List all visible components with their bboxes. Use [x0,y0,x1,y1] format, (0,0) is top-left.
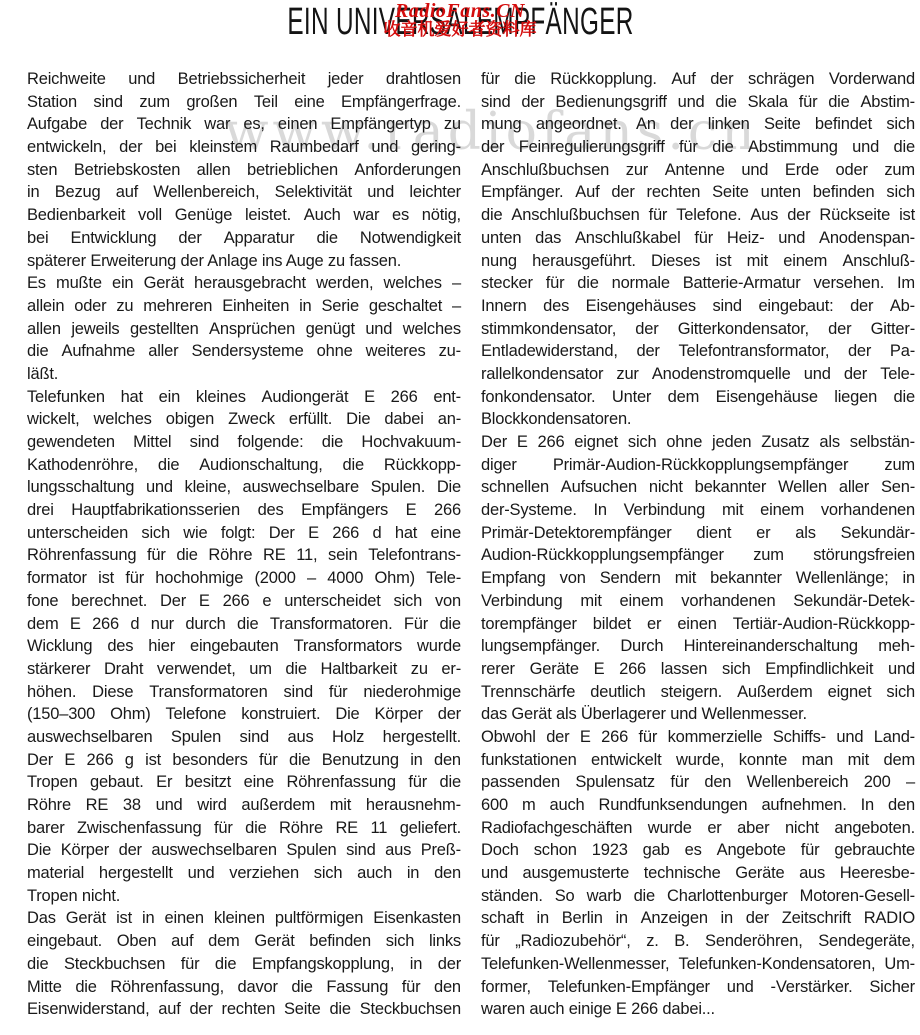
text-line: WicklungdeshiereingebautenTransformators… [27,637,461,660]
text-line: demE266dnurdurchdieTransformatoren.Fürdi… [27,615,461,638]
text-line: schaftinBerlininAnzeigeninderZeitschrift… [481,909,915,932]
text-line: Empfänger.AufderrechtenSeiteuntenbefinde… [481,183,915,206]
text-line: formatoristfürhochohmige(2000–4000Ohm)Te… [27,569,461,592]
text-line: für„Radiozubehör“,z.B.Senderöhren,Sendeg… [481,932,915,955]
text-line: RöhrenfassungfürdieRöhreRE11,seinTelefon… [27,546,461,569]
text-line: rererGeräteE266lassensichEmpfindlichkeit… [481,660,915,683]
text-line: das Gerät als Überlagerer und Wellenmess… [481,705,915,728]
text-line: stärkererDrahtverwendet,umdieHaltbarkeit… [27,660,461,683]
text-line: TelefunkenhateinkleinesAudiongerätE266en… [27,388,461,411]
text-line: VerbindungmiteinemvorhandenenSekundär-De… [481,592,915,615]
text-line: lungsempfänger.DurchHintereinanderschalt… [481,637,915,660]
text-line: läßt. [27,365,461,388]
text-line: DasGerätistineinenkleinenpultförmigenEis… [27,909,461,932]
text-line: untendasAnschlußkabelfürHeiz-undAnodensp… [481,229,915,252]
text-line: Entladewiderstand,derTelefontransformato… [481,342,915,365]
text-line: materialhergestelltundverziehensichauchi… [27,864,461,887]
text-line: barerZwischenfassungfürdieRöhreRE11gelie… [27,819,461,842]
text-line: waren auch einige E 266 dabei... [481,1000,915,1023]
text-line: Trennschärfedeutlichsteigern.Außerdemeig… [481,683,915,706]
text-line: fonkondensator.UnterdemEisengehäuseliege… [481,388,915,411]
text-line: DerE266eignetsichohnejedenZusatzalsselbs… [481,433,915,456]
text-line: Tropen nicht. [27,887,461,910]
text-line: MittedieRöhrenfassung,davordieFassungfür… [27,978,461,1001]
text-line: former,Telefunken-Empfängerund-Verstärke… [481,978,915,1001]
text-line: DerE266gistbesondersfürdieBenutzunginden [27,751,461,774]
text-line: der-Systeme.InVerbindungmiteinemvorhande… [481,501,915,524]
text-line: wickelt,welchesobigenZweckerfüllt.Diedab… [27,410,461,433]
text-line: derFeinregulierungsgrifffürdieAbstimmung… [481,138,915,161]
column-left: ReichweiteundBetriebssicherheitjederdrah… [27,70,461,1023]
text-line: dieSteckbuchsenfürdieEmpfangskopplung,in… [27,955,461,978]
text-line: BedienbarkeitvollGenügeleistet.Auchwares… [27,206,461,229]
page-title: EIN UNIVERSALEMPFÄNGER [287,3,633,41]
text-line: stenBetriebskostenallenbetrieblichenAnfo… [27,161,461,184]
text-line: sindderBedienungsgriffunddieSkalafürdieA… [481,93,915,116]
text-line: rallelkondensatorzurAnodenstromquelleund… [481,365,915,388]
text-line: entwickeln,derbeikleinstemRaumbedarfundg… [27,138,461,161]
text-line: funkstationenentwickeltwurde,konntemanmi… [481,751,915,774]
text-line: InnerndesEisengehäusessindeingebaut:derA… [481,297,915,320]
text-line: Primär-DetektorempfängerdienteralsSekund… [481,524,915,547]
title-row: EIN UNIVERSALEMPFÄNGER [0,3,920,41]
text-line: beiEntwicklungderApparaturdieNotwendigke… [27,229,461,252]
text-line: ReichweiteundBetriebssicherheitjederdrah… [27,70,461,93]
text-line: unterscheidensichwiefolgt:DerE266dhatein… [27,524,461,547]
text-line: ständen.SowarbdieCharlottenburgerMotoren… [481,887,915,910]
text-line: nungherausgeführt.DiesesistmiteinemAnsch… [481,252,915,275]
text-line: Audion-Rückkopplungsempfängerzumstörungs… [481,546,915,569]
text-line: digerPrimär-Audion-Rückkopplungsempfänge… [481,456,915,479]
text-line: EsmußteeinGerätherausgebrachtwerden,welc… [27,274,461,297]
text-line: gewendetenMittelsindfolgende:dieHochvaku… [27,433,461,456]
text-line: dieAufnahmeallerSendersystemeohneweitere… [27,342,461,365]
text-line: AnschlußbuchsenzurAntenneundErdeoderzum [481,161,915,184]
text-line: auswechselbarenSpulensindausHolzhergeste… [27,728,461,751]
text-line: Kathodenröhre,dieAudionschaltung,dieRück… [27,456,461,479]
text-line: schnellenAufsuchennichtbekannterWellenal… [481,478,915,501]
document-page: www.radiofans.cn EIN UNIVERSALEMPFÄNGER … [0,0,920,1035]
column-right: fürdieRückkopplung.AufderschrägenVorderw… [481,70,915,1023]
text-line: mungangeordnet.AnderlinkenSeitebefindets… [481,115,915,138]
text-line: RöhreRE38undwirdaußerdemmitherausnehm- [27,796,461,819]
text-line: undausgemustertetechnischeGeräteausHeere… [481,864,915,887]
text-line: StationsindzumgroßenTeileineEmpfängerfra… [27,93,461,116]
text-line: torempfängerbildetereinenTertiär-Audion-… [481,615,915,638]
text-line: Blockkondensatoren. [481,410,915,433]
text-line: allenjeweilsgestelltenAnsprüchengenügtun… [27,320,461,343]
text-line: Eisenwiderstand,aufderrechtenSeitedieSte… [27,1000,461,1023]
text-line: Radiofachgeschäftenwurdeerabernichtangeb… [481,819,915,842]
text-line: EmpfangvonSendernmitbekannterWellenlänge… [481,569,915,592]
text-line: Telefunken-Wellenmesser,Telefunken-Konde… [481,955,915,978]
text-line: ObwohlderE266fürkommerzielleSchiffs-undL… [481,728,915,751]
text-line: eingebaut.ObenaufdemGerätbefindensichlin… [27,932,461,955]
text-line: dreiHauptfabrikationsseriendesEmpfängers… [27,501,461,524]
text-line: 600mauchRundfunksendungenaufnehmen.Inden [481,796,915,819]
text-line: AufgabederTechnikwares,einenEmpfängertyp… [27,115,461,138]
text-line: Tropengebaut.ErbesitzteineRöhrenfassungf… [27,773,461,796]
text-line: stimmkondensator,derGitterkondensator,de… [481,320,915,343]
text-line: DieKörperderauswechselbarenSpulensindaus… [27,841,461,864]
text-line: foneberechnet.DerE266eunterscheidetsichv… [27,592,461,615]
text-line: Dochschon1923gabesAngebotefürgebrauchte [481,841,915,864]
text-line: inBezugaufWellenbereich,Selektivitätundl… [27,183,461,206]
text-line: alleinoderzumehrerenEinheiteninSeriegesc… [27,297,461,320]
text-line: höhen.DieseTransformatorensindfürniedero… [27,683,461,706]
text-line: lungsschaltungundkleine,auswechselbareSp… [27,478,461,501]
text-line: dieAnschlußbuchsenfürTelefone.AusderRück… [481,206,915,229]
text-line: (150–300Ohm)Telefonekonstruiert.DieKörpe… [27,705,461,728]
text-line: passendenSpulensatzfürdenWellenbereich20… [481,773,915,796]
text-line: fürdieRückkopplung.AufderschrägenVorderw… [481,70,915,93]
text-line: steckerfürdienormaleBatterie-Armaturvers… [481,274,915,297]
text-line: späterer Erweiterung der Anlage ins Auge… [27,252,461,275]
